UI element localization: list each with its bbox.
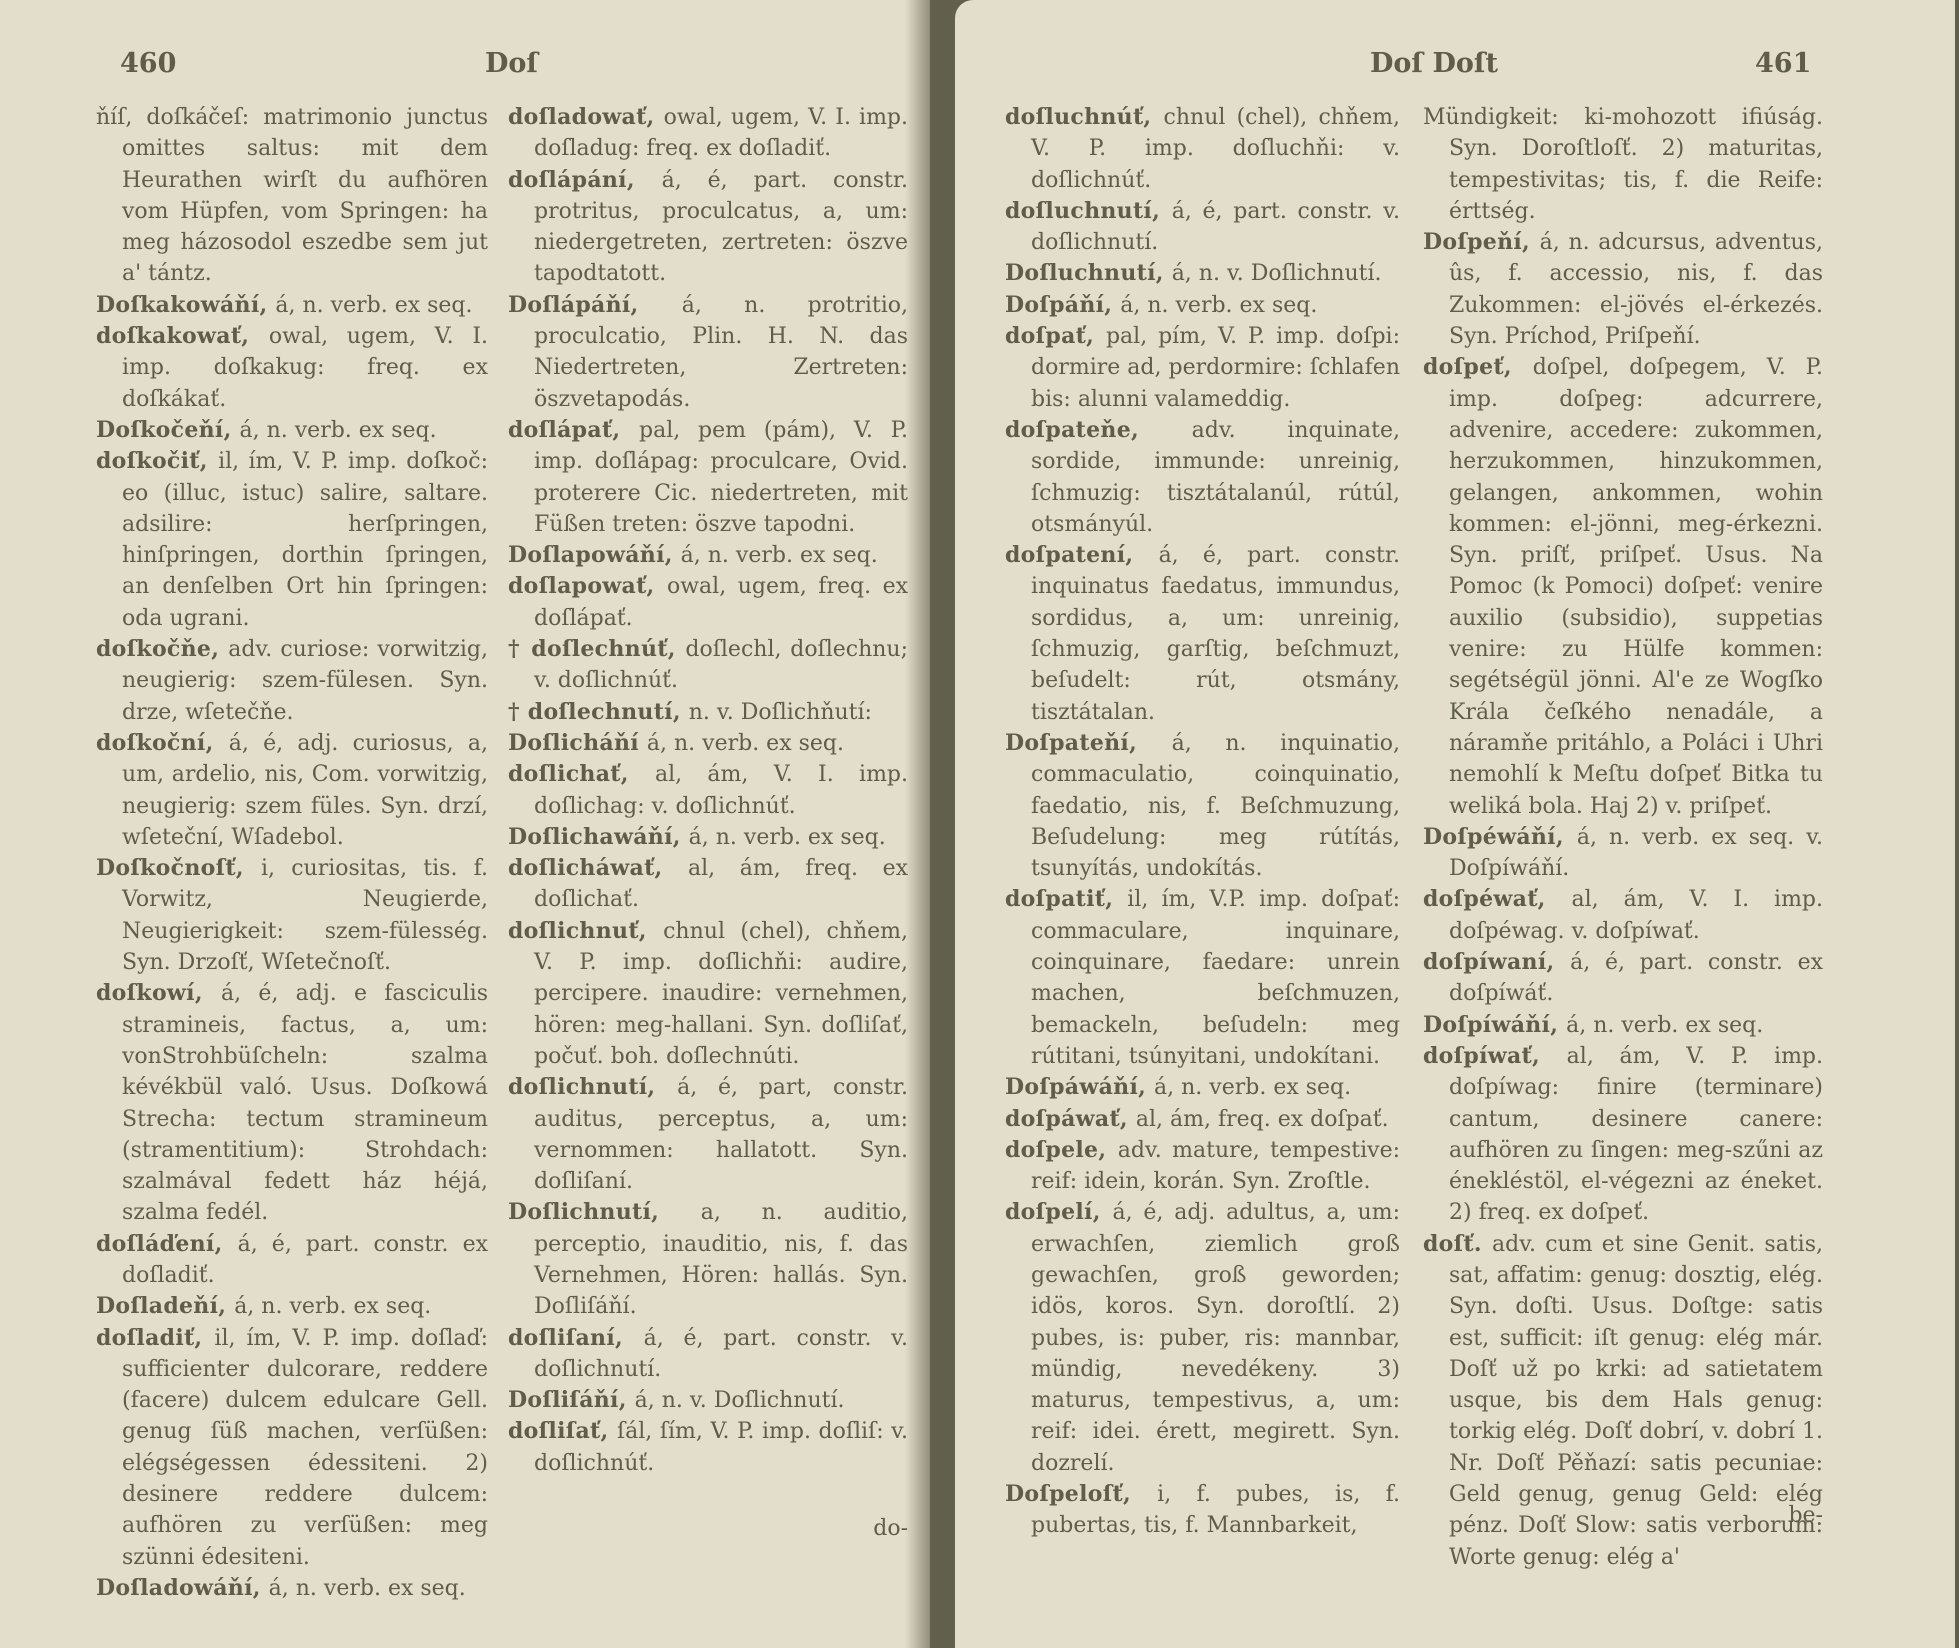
catchword: be- [1423,1500,1863,1531]
entry-headword: doſluchnúť, [1005,104,1164,130]
entry-definition: il, ím, V. P. imp. doſlaď: sufficienter … [122,1326,488,1570]
dictionary-entry: Doſpíwáňí, á, n. verb. ex seq. [1423,1010,1823,1041]
dictionary-entry: Doſpeňí, á, n. adcursus, adventus, ûs, f… [1423,227,1823,352]
page-number: 460 [120,48,176,79]
entry-headword: doſlichnuť, [508,918,663,944]
dictionary-entry: doſliſaní, á, é, part. constr. v. doſlic… [508,1323,908,1386]
entry-headword: doſpele, [1005,1137,1118,1163]
dictionary-entry: doſpatení, á, é, part. constr. inquinatu… [1005,540,1400,728]
entry-headword: Doſliſáňí, [508,1387,635,1413]
entry-headword: Doſkakowáňí, [96,292,275,318]
dictionary-entry: Doſladeňí, á, n. verb. ex seq. [96,1291,488,1322]
dictionary-entry: doſkočiť, il, ím, V. P. imp. doſkoč: eo … [96,446,488,634]
entry-headword: Doſpéwáňí, [1423,824,1577,850]
entry-headword: † doſlechnutí, [508,699,689,725]
entry-headword: doſladowať, [508,104,664,130]
entry-headword: doſladiť, [96,1325,214,1351]
entry-headword: doſkočňe, [96,636,228,662]
entry-headword: doſlápať, [508,417,639,443]
dictionary-entry: Doſlichawáňí, á, n. verb. ex seq. [508,822,908,853]
entry-definition: al, ám, V. P. imp. doſpíwag: finire (ter… [1449,1044,1823,1225]
entry-definition: á, é, adj. e fasciculis stramineis, fact… [122,981,488,1225]
dictionary-entry: doſpíwaní, á, é, part. constr. ex doſpíw… [1423,947,1823,1010]
catchword: do- [508,1513,948,1544]
dictionary-entry: Doſpéwáňí, á, n. verb. ex seq. v. Doſpíw… [1423,822,1823,885]
dictionary-entry: Doſpateňí, á, n. inquinatio, commaculati… [1005,728,1400,884]
dictionary-entry: doſpať, pal, pím, V. P. imp. doſpi: dorm… [1005,321,1400,415]
entry-headword: doſlichnutí, [508,1074,677,1100]
right-page: Doſ Doſt 461 doſluchnúť, chnul (chel), c… [955,0,1955,1648]
dictionary-entry: Mündigkeit: ki-mohozott ifiúság. Syn. Do… [1423,102,1823,227]
entry-headword: Doſpáňí, [1005,292,1120,318]
dictionary-entry: doſpéwať, al, ám, V. I. imp. doſpéwag. v… [1423,884,1823,947]
entry-definition: á, n. v. Doſlichnutí. [1172,261,1382,286]
entry-definition: ňíſ, doſkáčeſ: matrimonio junctus omitte… [96,105,488,286]
entry-headword: doſpíwať, [1423,1043,1567,1069]
entry-headword: doſlapowať, [508,573,667,599]
dictionary-entry: Doſpeloſť, i, f. pubes, is, f. pubertas,… [1005,1479,1400,1542]
dictionary-entry: Doſlichnutí, a, n. auditio, perceptio, i… [508,1197,908,1322]
entry-headword: doſť. [1423,1231,1492,1257]
dictionary-entry: doſpíwať, al, ám, V. P. imp. doſpíwag: f… [1423,1041,1823,1229]
entry-headword: doſkoční, [96,730,229,756]
entry-definition: al, ám, freq. ex doſpať. [1136,1107,1389,1132]
dictionary-entry: Doſlicháňí á, n. verb. ex seq. [508,728,908,759]
entry-definition: á, é, adj. adultus, a, um: erwachſen, zi… [1031,1200,1400,1475]
dictionary-entry: doſlichať, al, ám, V. I. imp. doſlichag:… [508,759,908,822]
dictionary-entry: Doſkočnoſť, i, curiositas, tis. f. Vorwi… [96,853,488,978]
entry-definition: á, n. verb. ex seq. [689,825,886,850]
entry-headword: doſlápání, [508,167,662,193]
entry-headword: doſpíwaní, [1423,949,1570,975]
entry-headword: doſpéwať, [1423,886,1572,912]
entry-definition: á, n. verb. ex seq. [647,731,844,756]
dictionary-entry: Doſlapowáňí, á, n. verb. ex seq. [508,540,908,571]
entry-headword: Doſpateňí, [1005,730,1172,756]
running-head: Doſ [485,48,538,79]
entry-definition: á, n. verb. ex seq. [269,1576,466,1601]
entry-headword: doſliſaní, [508,1325,644,1351]
entry-headword: † doſlechnúť, [508,636,685,662]
entry-headword: doſpateňe, [1005,417,1192,443]
entry-headword: doſpatení, [1005,542,1159,568]
dictionary-entry: doſlicháwať, al, ám, freq. ex doſlichať. [508,853,908,916]
dictionary-entry: doſlapowať, owal, ugem, freq. ex doſlápa… [508,571,908,634]
entry-headword: Doſluchnutí, [1005,260,1172,286]
running-head: Doſ Doſt [1370,48,1498,79]
entry-headword: Doſlicháňí [508,730,647,756]
entry-definition: á, n. v. Doſlichnutí. [635,1388,845,1413]
dictionary-entry: doſpele, adv. mature, tempestive: reif: … [1005,1135,1400,1198]
entry-headword: Doſlichawáňí, [508,824,689,850]
entry-definition: á, é, part. constr. inquinatus faedatus,… [1031,543,1400,724]
entry-definition: n. v. Doſlichňutí: [689,700,872,725]
entry-definition: á, n. verb. ex seq. [234,1294,431,1319]
dictionary-entry: doſláďení, á, é, part. constr. ex doſlad… [96,1229,488,1292]
dictionary-entry: doſpateňe, adv. inquinate, sordide, immu… [1005,415,1400,540]
entry-headword: doſpatiť, [1005,886,1127,912]
entry-headword: Doſkočeňí, [96,417,240,443]
dictionary-entry: Doſliſáňí, á, n. v. Doſlichnutí. [508,1385,908,1416]
entry-definition: á, n. verb. ex seq. [1566,1013,1763,1038]
entry-definition: á, n. verb. ex seq. [1120,293,1317,318]
dictionary-entry: doſlichnuť, chnul (chel), chňem, V. P. i… [508,916,908,1072]
dictionary-entry: doſpeť, doſpel, doſpegem, V. P. imp. doſ… [1423,352,1823,821]
entry-headword: doſkakowať, [96,323,269,349]
entry-headword: Doſladowáňí, [96,1575,269,1601]
dictionary-entry: Doſpáňí, á, n. verb. ex seq. [1005,290,1400,321]
dictionary-entry: Doſkakowáňí, á, n. verb. ex seq. [96,290,488,321]
entry-headword: doſlichať, [508,761,655,787]
dictionary-entry: doſpatiť, il, ím, V.P. imp. doſpať: comm… [1005,884,1400,1072]
entry-headword: doſluchnutí, [1005,198,1172,224]
entry-headword: Doſlápáňí, [508,292,682,318]
entry-headword: doſpelí, [1005,1199,1112,1225]
dictionary-entry: doſluchnúť, chnul (chel), chňem, V. P. i… [1005,102,1400,196]
entry-headword: Doſpíwáňí, [1423,1012,1566,1038]
dictionary-entry: doſlápať, pal, pem (pám), V. P. imp. doſ… [508,415,908,540]
dictionary-entry: doſpáwať, al, ám, freq. ex doſpať. [1005,1104,1400,1135]
entry-definition: á, n. verb. ex seq. [681,543,878,568]
dictionary-entry: doſkočňe, adv. curiose: vorwitzig, neugi… [96,634,488,728]
dictionary-entry: † doſlechnúť, doſlechl, doſlechnu; v. do… [508,634,908,697]
dictionary-entry: Doſlápáňí, á, n. protritio, proculcatio,… [508,290,908,415]
entry-headword: Doſladeňí, [96,1293,234,1319]
entry-definition: Mündigkeit: ki-mohozott ifiúság. Syn. Do… [1423,105,1823,224]
dictionary-entry: Doſpáwáňí, á, n. verb. ex seq. [1005,1072,1400,1103]
column-right-2: Mündigkeit: ki-mohozott ifiúság. Syn. Do… [1423,102,1823,1573]
entry-headword: Doſlapowáňí, [508,542,681,568]
dictionary-entry: doſladiť, il, ím, V. P. imp. doſlaď: suf… [96,1323,488,1573]
entry-headword: doſpať, [1005,323,1106,349]
dictionary-entry: Doſladowáňí, á, n. verb. ex seq. [96,1573,488,1604]
dictionary-entry: doſkoční, á, é, adj. curiosus, a, um, ar… [96,728,488,853]
dictionary-entry: doſliſať, ſál, ſím, V. P. imp. doſliſ: v… [508,1416,908,1479]
entry-headword: Doſlichnutí, [508,1199,701,1225]
entry-headword: Doſkočnoſť, [96,855,261,881]
entry-definition: il, ím, V.P. imp. doſpať: commaculare, i… [1031,887,1400,1068]
entry-definition: á, n. verb. ex seq. [240,418,437,443]
page-number: 461 [1755,48,1811,79]
entry-headword: doſlicháwať, [508,855,688,881]
dictionary-entry: Doſluchnutí, á, n. v. Doſlichnutí. [1005,258,1400,289]
column-left-1: ňíſ, doſkáčeſ: matrimonio junctus omitte… [96,102,488,1604]
entry-definition: doſpel, doſpegem, V. P. imp. doſpeg: adc… [1449,355,1823,818]
left-page: 460 Doſ ňíſ, doſkáčeſ: matrimonio junctu… [0,0,930,1648]
dictionary-entry: doſluchnutí, á, é, part. constr. v. doſl… [1005,196,1400,259]
dictionary-entry: doſlápání, á, é, part. constr. protritus… [508,165,908,290]
entry-headword: doſpeť, [1423,354,1533,380]
entry-headword: doſláďení, [96,1231,238,1257]
dictionary-entry: doſkakowať, owal, ugem, V. I. imp. doſka… [96,321,488,415]
entry-definition: á, n. verb. ex seq. [275,293,472,318]
entry-headword: doſliſať, [508,1418,617,1444]
entry-headword: Doſpáwáňí, [1005,1074,1154,1100]
entry-headword: Doſpeňí, [1423,229,1540,255]
column-right-1: doſluchnúť, chnul (chel), chňem, V. P. i… [1005,102,1400,1542]
column-left-2: doſladowať, owal, ugem, V. I. imp. doſla… [508,102,908,1479]
entry-headword: doſkowí, [96,980,221,1006]
dictionary-entry: † doſlechnutí, n. v. Doſlichňutí: [508,697,908,728]
dictionary-entry: ňíſ, doſkáčeſ: matrimonio junctus omitte… [96,102,488,290]
entry-headword: doſkočiť, [96,448,218,474]
entry-headword: doſpáwať, [1005,1106,1136,1132]
dictionary-entry: doſpelí, á, é, adj. adultus, a, um: erwa… [1005,1197,1400,1479]
entry-definition: il, ím, V. P. imp. doſkoč: eo (illuc, is… [122,449,488,630]
entry-headword: Doſpeloſť, [1005,1481,1157,1507]
entry-definition: á, n. verb. ex seq. [1154,1075,1351,1100]
dictionary-entry: doſladowať, owal, ugem, V. I. imp. doſla… [508,102,908,165]
dictionary-entry: doſlichnutí, á, é, part, constr. auditus… [508,1072,908,1197]
dictionary-entry: doſkowí, á, é, adj. e fasciculis stramin… [96,978,488,1228]
dictionary-entry: Doſkočeňí, á, n. verb. ex seq. [96,415,488,446]
